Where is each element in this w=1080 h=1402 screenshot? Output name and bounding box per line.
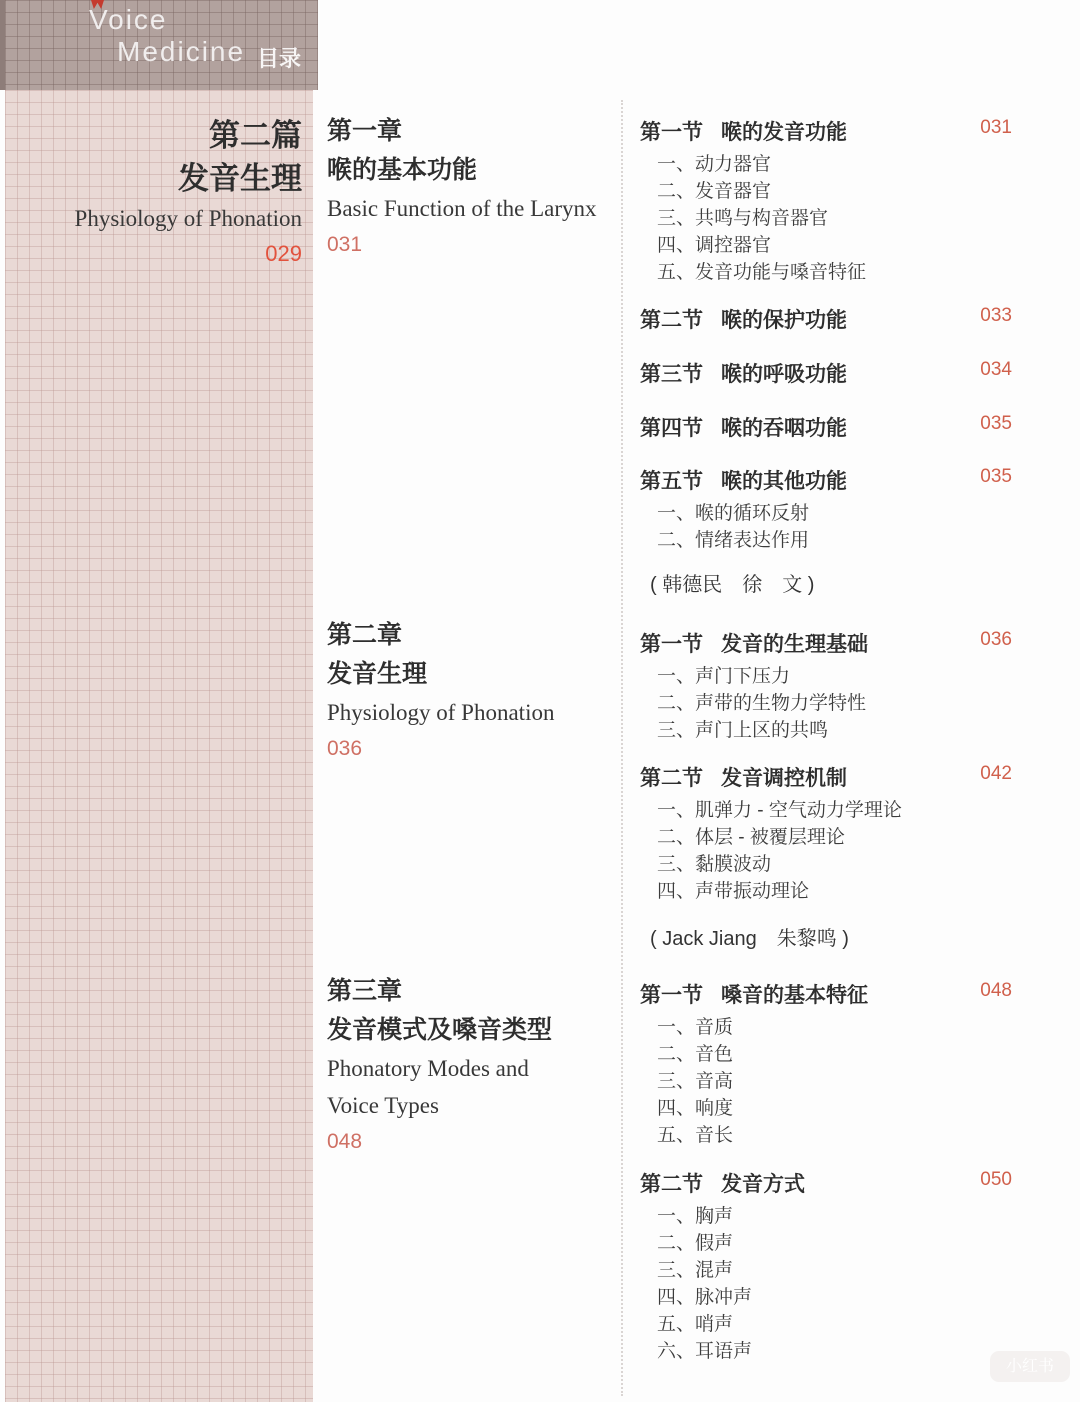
brand-voice: Voice bbox=[89, 4, 168, 36]
section-title: 发音的生理基础 bbox=[721, 633, 868, 656]
section-title: 发音方式 bbox=[721, 1173, 805, 1196]
section-label: 第五节 bbox=[640, 470, 703, 493]
section-title: 喉的发音功能 bbox=[721, 121, 847, 144]
toc-subitem: 一、喉的循环反射 bbox=[640, 500, 1012, 527]
section-title: 喉的其他功能 bbox=[721, 470, 847, 493]
chapter-title-en: Phonatory Modes and bbox=[327, 1050, 632, 1087]
section-page: 035 bbox=[980, 413, 1012, 435]
toc-subitem: 三、混声 bbox=[640, 1257, 1012, 1284]
part-title: 发音生理 bbox=[5, 157, 302, 200]
toc-subitem: 二、音色 bbox=[640, 1041, 1012, 1068]
section-label: 第二节 bbox=[640, 1173, 703, 1196]
chapter-3-block: 第三章 发音模式及嗓音类型 Phonatory Modes and Voice … bbox=[327, 972, 632, 1159]
section-page: 035 bbox=[980, 466, 1012, 488]
chapter-number: 第三章 bbox=[327, 972, 632, 1011]
chapter-1-block: 第一章 喉的基本功能 Basic Function of the Larynx … bbox=[327, 112, 632, 262]
section-title: 发音调控机制 bbox=[721, 767, 847, 790]
toc-subitem: 五、哨声 bbox=[640, 1311, 1012, 1338]
section-page: 048 bbox=[980, 980, 1012, 1002]
chapter-title-en: Voice Types bbox=[327, 1087, 632, 1124]
brand-medicine: Medicine bbox=[117, 36, 245, 68]
chapter-page: 048 bbox=[327, 1124, 632, 1159]
section-row: 第一节嗓音的基本特征 048 一、音质 二、音色 三、音高 四、响度 五、音长 bbox=[640, 979, 1012, 1149]
toc-subitem: 二、声带的生物力学特性 bbox=[640, 690, 1012, 717]
section-row: 第二节发音调控机制 042 一、肌弹力 - 空气动力学理论 二、体层 - 被覆层… bbox=[640, 762, 1012, 905]
toc-subitem: 三、黏膜波动 bbox=[640, 851, 1012, 878]
section-page: 031 bbox=[980, 117, 1012, 139]
toc-subitem: 二、情绪表达作用 bbox=[640, 527, 1012, 554]
toc-subitem: 三、音高 bbox=[640, 1068, 1012, 1095]
section-page: 033 bbox=[980, 305, 1012, 327]
toc-subitem: 二、体层 - 被覆层理论 bbox=[640, 824, 1012, 851]
section-label: 第三节 bbox=[640, 363, 703, 386]
toc-subitem: 一、声门下压力 bbox=[640, 663, 1012, 690]
section-label: 第四节 bbox=[640, 417, 703, 440]
section-row: 第二节喉的保护功能 033 bbox=[640, 304, 1012, 334]
section-title: 喉的吞咽功能 bbox=[721, 417, 847, 440]
section-label: 第一节 bbox=[640, 633, 703, 656]
section-row: 第三节喉的呼吸功能 034 bbox=[640, 358, 1012, 388]
toc-subitem: 四、调控器官 bbox=[640, 232, 1012, 259]
section-title: 喉的保护功能 bbox=[721, 309, 847, 332]
section-title: 嗓音的基本特征 bbox=[721, 984, 868, 1007]
toc-subitem: 五、发音功能与嗓音特征 bbox=[640, 259, 1012, 286]
section-page: 050 bbox=[980, 1169, 1012, 1191]
toc-page: Voice Medicine 目录 第二篇 发音生理 Physiology of… bbox=[0, 0, 1080, 1402]
section-row: 第四节喉的吞咽功能 035 bbox=[640, 412, 1012, 442]
left-grid-strip bbox=[5, 90, 313, 1402]
toc-subitem: 五、音长 bbox=[640, 1122, 1012, 1149]
section-page: 036 bbox=[980, 629, 1012, 651]
chapter-title: 发音生理 bbox=[327, 655, 632, 694]
chapter-number: 第一章 bbox=[327, 112, 632, 151]
chapter-title-en: Physiology of Phonation bbox=[327, 694, 632, 731]
toc-label: 目录 bbox=[257, 42, 301, 73]
section-label: 第二节 bbox=[640, 767, 703, 790]
section-title: 喉的呼吸功能 bbox=[721, 363, 847, 386]
chapter-page: 031 bbox=[327, 227, 632, 262]
toc-subitem: 六、耳语声 bbox=[640, 1338, 1012, 1365]
toc-subitem: 一、音质 bbox=[640, 1014, 1012, 1041]
watermark: 小红书 bbox=[990, 1351, 1070, 1382]
section-row: 第一节喉的发音功能 031 一、动力器官 二、发音器官 三、共鸣与构音器官 四、… bbox=[640, 116, 1012, 286]
toc-subitem: 三、声门上区的共鸣 bbox=[640, 717, 1012, 744]
section-page: 034 bbox=[980, 359, 1012, 381]
toc-subitem: 二、发音器官 bbox=[640, 178, 1012, 205]
part-page: 029 bbox=[5, 237, 302, 270]
toc-subitem: 四、声带振动理论 bbox=[640, 878, 1012, 905]
part-block: 第二篇 发音生理 Physiology of Phonation 029 bbox=[5, 114, 302, 270]
authors-line: ( 韩德民 徐 文 ) bbox=[650, 568, 1010, 597]
toc-subitem: 四、响度 bbox=[640, 1095, 1012, 1122]
toc-subitem: 一、肌弹力 - 空气动力学理论 bbox=[640, 797, 1012, 824]
chapter-number: 第二章 bbox=[327, 616, 632, 655]
chapter-title-en: Basic Function of the Larynx bbox=[327, 190, 632, 227]
toc-subitem: 二、假声 bbox=[640, 1230, 1012, 1257]
chapter-page: 036 bbox=[327, 731, 632, 766]
toc-subitem: 四、脉冲声 bbox=[640, 1284, 1012, 1311]
header-band: Voice Medicine 目录 bbox=[0, 0, 318, 90]
chapter-title: 发音模式及嗓音类型 bbox=[327, 1011, 632, 1050]
part-number: 第二篇 bbox=[5, 114, 302, 157]
section-row: 第二节发音方式 050 一、胸声 二、假声 三、混声 四、脉冲声 五、哨声 六、… bbox=[640, 1168, 1012, 1365]
toc-subitem: 三、共鸣与构音器官 bbox=[640, 205, 1012, 232]
toc-subitem: 一、胸声 bbox=[640, 1203, 1012, 1230]
section-row: 第一节发音的生理基础 036 一、声门下压力 二、声带的生物力学特性 三、声门上… bbox=[640, 628, 1012, 744]
section-page: 042 bbox=[980, 763, 1012, 785]
chapter-2-block: 第二章 发音生理 Physiology of Phonation 036 bbox=[327, 616, 632, 766]
section-label: 第二节 bbox=[640, 309, 703, 332]
toc-subitem: 一、动力器官 bbox=[640, 151, 1012, 178]
authors-line: ( Jack Jiang 朱黎鸣 ) bbox=[650, 922, 1010, 951]
section-row: 第五节喉的其他功能 035 一、喉的循环反射 二、情绪表达作用 bbox=[640, 465, 1012, 554]
section-label: 第一节 bbox=[640, 121, 703, 144]
section-label: 第一节 bbox=[640, 984, 703, 1007]
part-title-en: Physiology of Phonation bbox=[5, 200, 302, 237]
chapter-title: 喉的基本功能 bbox=[327, 151, 632, 190]
